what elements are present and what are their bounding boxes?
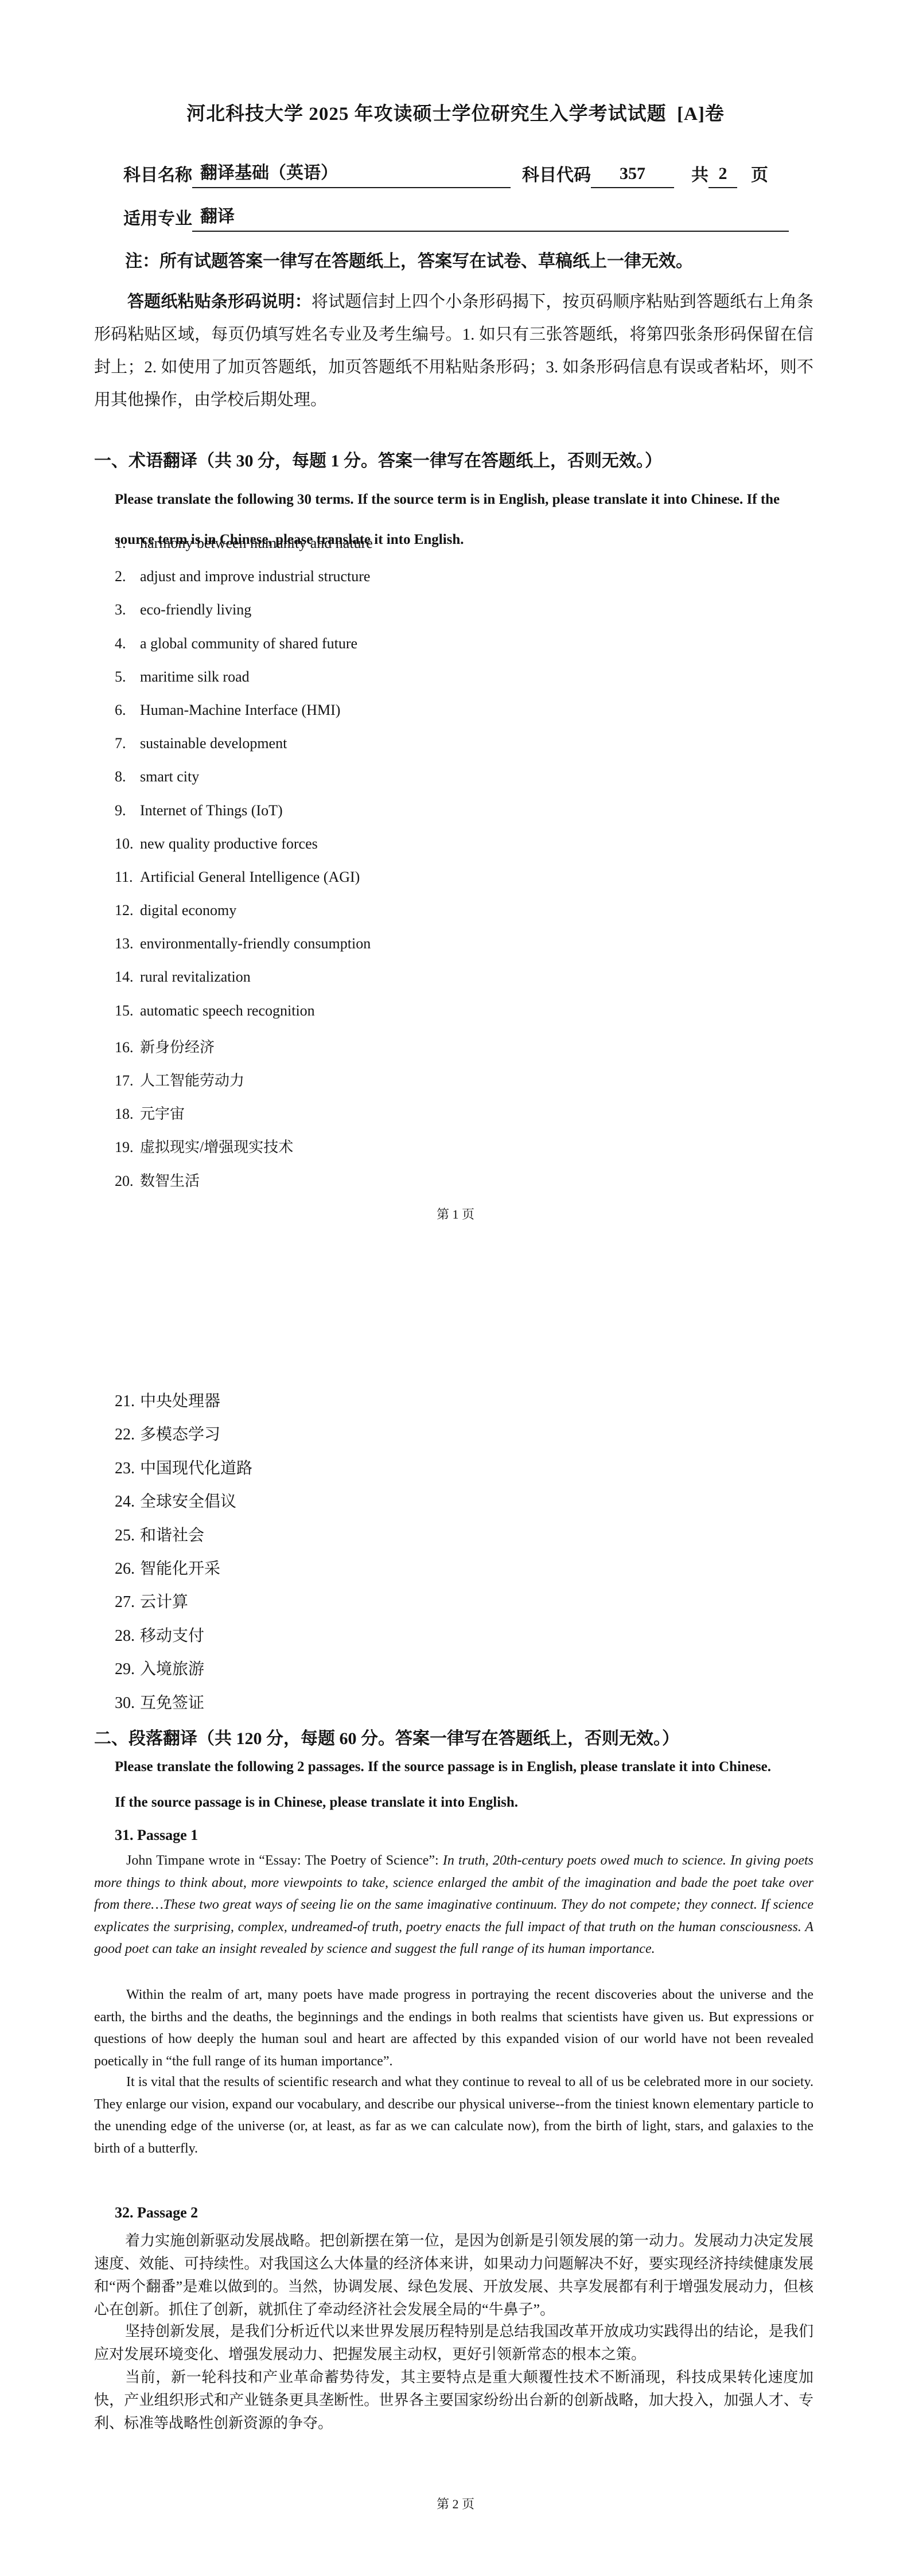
- passage1-quotation: In truth, 20th-century poets owed much t…: [94, 1853, 813, 1956]
- term-number: 24.: [115, 1493, 140, 1511]
- term-item: 25.和谐社会: [115, 1523, 252, 1556]
- passage1-paragraph1: John Timpane wrote in “Essay: The Poetry…: [94, 1850, 813, 1960]
- term-text: 移动支付: [140, 1627, 204, 1645]
- term-item: 24.全球安全倡议: [115, 1489, 252, 1522]
- section2-instructions-line1: Please translate the following 2 passage…: [115, 1759, 817, 1775]
- term-text: Internet of Things (IoT): [140, 802, 283, 819]
- term-text: 中央处理器: [140, 1392, 220, 1410]
- term-number: 7.: [115, 735, 140, 752]
- term-number: 2.: [115, 568, 140, 585]
- term-text: 元宇宙: [140, 1106, 185, 1122]
- term-text: 多模态学习: [140, 1426, 220, 1443]
- term-item: 28.移动支付: [115, 1623, 252, 1656]
- passage2-paragraph2: 坚持创新发展，是我们分析近代以来世界发展历程特别是总结我国改革开放成功实践得出的…: [94, 2320, 813, 2366]
- term-text: maritime silk road: [140, 668, 250, 685]
- term-number: 29.: [115, 1660, 140, 1679]
- page1-footer: 第 1 页: [0, 1205, 911, 1223]
- term-item: 20.数智生活: [115, 1169, 373, 1203]
- passage1-heading: 31. Passage 1: [115, 1827, 198, 1844]
- term-text: 和谐社会: [140, 1527, 204, 1544]
- term-number: 10.: [115, 835, 140, 853]
- term-text: 互免签证: [140, 1694, 204, 1712]
- term-number: 28.: [115, 1627, 140, 1645]
- pages-unit-label: 页: [751, 161, 768, 188]
- term-item: 8.smart city: [115, 768, 373, 801]
- term-item: 10.new quality productive forces: [115, 835, 373, 869]
- term-text: automatic speech recognition: [140, 1002, 315, 1019]
- term-item: 30.互免签证: [115, 1690, 252, 1723]
- term-item: 14.rural revitalization: [115, 968, 373, 1002]
- term-text: sustainable development: [140, 735, 287, 752]
- term-number: 16.: [115, 1039, 140, 1056]
- term-item: 4.a global community of shared future: [115, 635, 373, 668]
- term-number: 22.: [115, 1426, 140, 1444]
- term-item: 21.中央处理器: [115, 1388, 252, 1422]
- term-item: 15.automatic speech recognition: [115, 1002, 373, 1036]
- term-item: 22.多模态学习: [115, 1422, 252, 1455]
- term-number: 4.: [115, 635, 140, 652]
- major-value: 翻译: [192, 202, 789, 232]
- term-item: 12.digital economy: [115, 902, 373, 935]
- section2-instructions-line2: If the source passage is in Chinese, ple…: [115, 1795, 817, 1811]
- term-text: 人工智能劳动力: [140, 1072, 244, 1089]
- term-item: 19.虚拟现实/增强现实技术: [115, 1135, 373, 1169]
- exam-title: 河北科技大学 2025 年攻读硕士学位研究生入学考试试题 [A]卷: [0, 99, 911, 126]
- passage2-heading: 32. Passage 2: [115, 2204, 198, 2221]
- answer-sheet-note: 注：所有试题答案一律写在答题纸上，答案写在试卷、草稿纸上一律无效。: [125, 247, 693, 272]
- term-text: 智能化开采: [140, 1560, 220, 1578]
- term-item: 1.harmony between humanity and nature: [115, 535, 373, 568]
- term-number: 25.: [115, 1527, 140, 1545]
- term-text: rural revitalization: [140, 968, 251, 985]
- subject-code-value: 357: [591, 164, 674, 188]
- term-number: 5.: [115, 668, 140, 686]
- term-number: 3.: [115, 601, 140, 618]
- term-number: 23.: [115, 1460, 140, 1478]
- term-number: 1.: [115, 535, 140, 552]
- term-text: Human-Machine Interface (HMI): [140, 702, 340, 718]
- term-text: environmentally-friendly consumption: [140, 935, 371, 952]
- term-number: 13.: [115, 935, 140, 952]
- term-number: 9.: [115, 802, 140, 819]
- terms-list-page2: 21.中央处理器 22.多模态学习 23.中国现代化道路 24.全球安全倡议 2…: [115, 1388, 252, 1723]
- term-number: 20.: [115, 1173, 140, 1190]
- term-text: digital economy: [140, 902, 236, 919]
- total-label: 共: [691, 161, 708, 188]
- term-text: 中国现代化道路: [140, 1460, 252, 1477]
- term-number: 30.: [115, 1694, 140, 1713]
- term-item: 23.中国现代化道路: [115, 1456, 252, 1489]
- subject-name-value: 翻译基础（英语）: [192, 158, 511, 188]
- term-text: new quality productive forces: [140, 835, 318, 852]
- term-number: 6.: [115, 702, 140, 719]
- term-item: 3.eco-friendly living: [115, 601, 373, 635]
- term-text: 云计算: [140, 1593, 188, 1611]
- passage1-paragraph2: Within the realm of art, many poets have…: [94, 1984, 813, 2072]
- term-number: 21.: [115, 1392, 140, 1411]
- subject-name-label: 科目名称: [123, 161, 192, 188]
- term-item: 17.人工智能劳动力: [115, 1069, 373, 1102]
- term-number: 27.: [115, 1593, 140, 1612]
- section1-heading: 一、术语翻译（共 30 分，每题 1 分。答案一律写在答题纸上，否则无效。）: [94, 446, 662, 472]
- term-number: 14.: [115, 968, 140, 986]
- term-item: 6.Human-Machine Interface (HMI): [115, 702, 373, 735]
- term-text: Artificial General Intelligence (AGI): [140, 869, 360, 885]
- term-text: smart city: [140, 768, 199, 785]
- term-text: eco-friendly living: [140, 601, 251, 618]
- term-text: 虚拟现实/增强现实技术: [140, 1139, 293, 1155]
- section2-heading: 二、段落翻译（共 120 分，每题 60 分。答案一律写在答题纸上，否则无效。）: [94, 1724, 679, 1749]
- terms-list-page1: 1.harmony between humanity and nature 2.…: [115, 535, 373, 1203]
- term-item: 7.sustainable development: [115, 735, 373, 768]
- major-label: 适用专业: [123, 204, 192, 232]
- term-number: 17.: [115, 1072, 140, 1089]
- term-number: 11.: [115, 869, 140, 886]
- major-row: 适用专业 翻译: [123, 202, 789, 232]
- subject-code-label: 科目代码: [522, 161, 591, 188]
- term-item: 5.maritime silk road: [115, 668, 373, 702]
- exam-paper: 河北科技大学 2025 年攻读硕士学位研究生入学考试试题 [A]卷 科目名称 翻…: [0, 0, 911, 2576]
- term-number: 12.: [115, 902, 140, 919]
- term-number: 18.: [115, 1106, 140, 1123]
- term-text: 全球安全倡议: [140, 1493, 236, 1511]
- term-number: 8.: [115, 768, 140, 785]
- barcode-instructions: 答题纸粘贴条形码说明：将试题信封上四个小条形码揭下，按页码顺序粘贴到答题纸右上角…: [94, 286, 813, 417]
- barcode-instructions-lead: 答题纸粘贴条形码说明：: [127, 293, 312, 311]
- passage2-paragraph3: 当前，新一轮科技和产业革命蓄势待发，其主要特点是重大颠覆性技术不断涌现，科技成果…: [94, 2366, 813, 2435]
- term-number: 15.: [115, 1002, 140, 1019]
- term-item: 2.adjust and improve industrial structur…: [115, 568, 373, 601]
- page2-footer: 第 2 页: [0, 2495, 911, 2512]
- term-item: 11.Artificial General Intelligence (AGI): [115, 869, 373, 902]
- passage1-paragraph3: It is vital that the results of scientif…: [94, 2071, 813, 2159]
- term-text: 新身份经济: [140, 1039, 215, 1056]
- term-item: 13.environmentally-friendly consumption: [115, 935, 373, 968]
- term-item: 29.入境旅游: [115, 1656, 252, 1690]
- passage2-paragraph1: 着力实施创新驱动发展战略。把创新摆在第一位，是因为创新是引领发展的第一动力。发展…: [94, 2229, 813, 2321]
- term-text: 入境旅游: [140, 1660, 204, 1678]
- subject-row: 科目名称 翻译基础（英语） 科目代码 357 共 2 页: [123, 158, 768, 188]
- term-item: 27.云计算: [115, 1589, 252, 1622]
- term-item: 26.智能化开采: [115, 1556, 252, 1589]
- passage1-intro: John Timpane wrote in “Essay: The Poetry…: [126, 1853, 443, 1868]
- term-number: 26.: [115, 1560, 140, 1578]
- total-pages-value: 2: [708, 164, 737, 188]
- term-item: 18.元宇宙: [115, 1102, 373, 1135]
- term-text: harmony between humanity and nature: [140, 535, 373, 551]
- term-text: adjust and improve industrial structure: [140, 568, 370, 585]
- term-text: a global community of shared future: [140, 635, 357, 652]
- term-item: 9.Internet of Things (IoT): [115, 802, 373, 835]
- term-number: 19.: [115, 1139, 140, 1156]
- term-item: 16.新身份经济: [115, 1036, 373, 1069]
- term-text: 数智生活: [140, 1173, 200, 1189]
